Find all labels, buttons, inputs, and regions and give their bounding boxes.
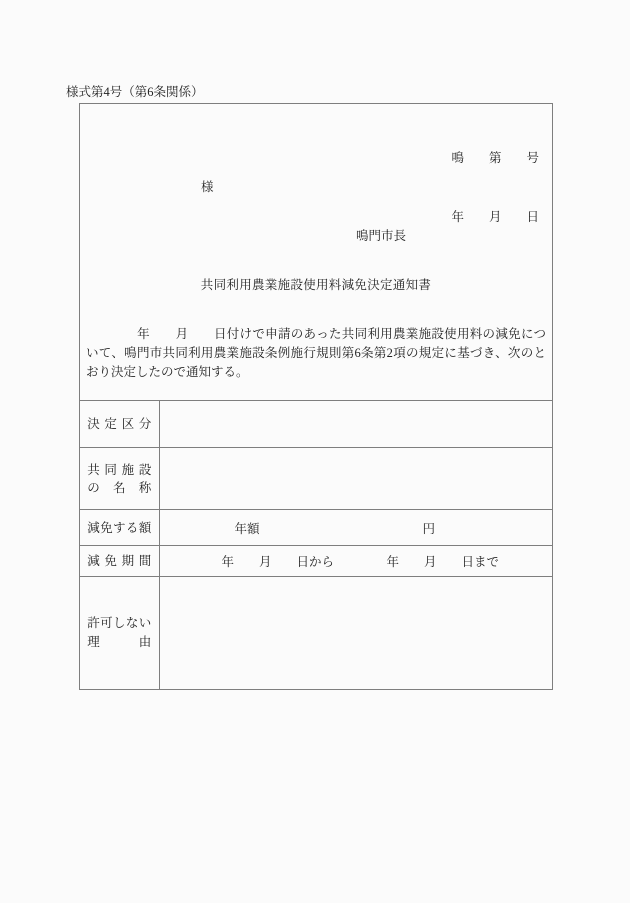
sender-title: 鳴門市長	[356, 226, 406, 244]
table-row-decision-category: 決定区分	[80, 401, 552, 448]
doc-number-line: 鳴 第 号	[451, 149, 539, 169]
doc-date-line: 年 月 日	[451, 208, 539, 228]
exemption-amount-value-cell: 年額 円	[159, 510, 552, 546]
exemption-amount-label-cell: 減免する額	[80, 510, 159, 546]
document-title: 共同利用農業施設使用料減免決定通知書	[80, 275, 552, 293]
form-number-label: 様式第4号（第6条関係）	[66, 82, 204, 100]
doc-meta-block: 鳴 第 号 年 月 日	[451, 110, 539, 266]
decision-category-value-cell	[159, 401, 552, 448]
exemption-amount-prefix: 年額	[235, 519, 260, 537]
facility-name-value-cell	[159, 448, 552, 510]
exemption-period-value-cell: 年 月 日から 年 月 日まで	[159, 546, 552, 577]
table-row-exemption-period: 減免期間 年 月 日から 年 月 日まで	[80, 546, 552, 577]
facility-name-label-cell: 共同施設 の名称	[80, 448, 159, 510]
denial-reason-label-cell: 許可しない 理由	[80, 577, 159, 690]
denial-reason-value-cell	[159, 577, 552, 690]
document-page: 様式第4号（第6条関係） 鳴 第 号 年 月 日 様 鳴門市長 共同利用農業施設…	[0, 0, 630, 903]
exemption-amount-unit: 円	[423, 519, 436, 537]
table-row-facility-name: 共同施設 の名称	[80, 448, 552, 510]
exemption-period-from: 年 月 日から	[222, 552, 335, 570]
facility-name-label-line1: 共同施設	[87, 461, 151, 479]
exemption-period-label-cell: 減免期間	[80, 546, 159, 577]
addressee-honorific: 様	[201, 177, 214, 195]
notice-document-box: 鳴 第 号 年 月 日 様 鳴門市長 共同利用農業施設使用料減免決定通知書 年 …	[79, 103, 553, 690]
decision-table: 決定区分 共同施設 の名称 減免する額 年額	[80, 400, 552, 689]
exemption-period-to: 年 月 日まで	[387, 552, 500, 570]
decision-category-label: 決定区分	[87, 415, 151, 433]
exemption-amount-label: 減免する額	[87, 519, 151, 537]
denial-reason-label-line1: 許可しない	[87, 614, 151, 633]
table-row-exemption-amount: 減免する額 年額 円	[80, 510, 552, 546]
decision-category-label-cell: 決定区分	[80, 401, 159, 448]
denial-reason-label-line2: 理由	[87, 633, 151, 652]
body-text: 年 月 日付けで申請のあった共同利用農業施設使用料の減免について、鳴門市共同利用…	[86, 325, 546, 382]
table-row-denial-reason: 許可しない 理由	[80, 577, 552, 690]
facility-name-label-line2: の名称	[87, 479, 151, 497]
exemption-period-label: 減免期間	[87, 552, 151, 570]
